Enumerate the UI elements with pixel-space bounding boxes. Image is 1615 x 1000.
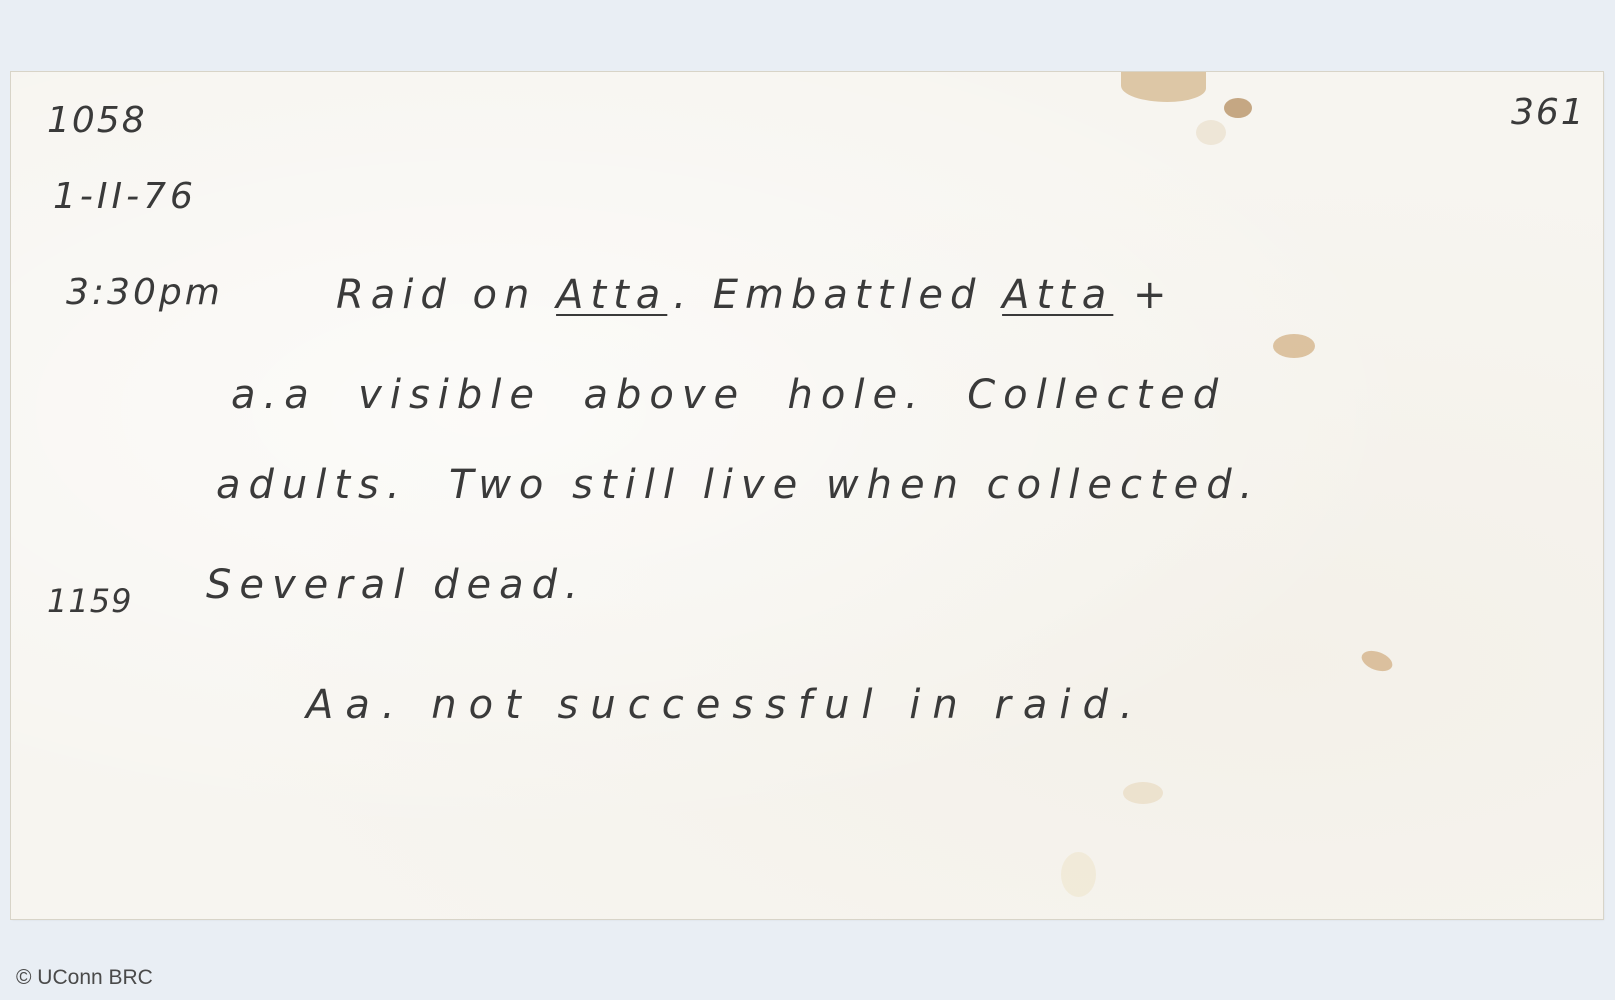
index-card: 1058 361 1-II-76 3:30pm Raid on Atta. Em… bbox=[11, 72, 1603, 919]
stain-top-dot bbox=[1224, 98, 1252, 118]
copyright-text: © UConn BRC bbox=[16, 966, 153, 990]
line-1-part-1: Raid on bbox=[336, 272, 556, 318]
date: 1-II-76 bbox=[53, 176, 197, 217]
stain-atta bbox=[1273, 334, 1315, 358]
line-4: Several dead. bbox=[206, 562, 586, 608]
catalog-number-bottom: 1159 bbox=[47, 582, 132, 620]
line-1: Raid on Atta. Embattled Atta + bbox=[336, 272, 1174, 318]
stain-top bbox=[1121, 72, 1206, 102]
line-2: a.a visible above hole. Collected bbox=[231, 372, 1226, 418]
stain-bottom bbox=[1123, 782, 1163, 804]
stain-faint-top bbox=[1196, 120, 1226, 145]
genus-atta-2: Atta bbox=[1002, 272, 1113, 318]
genus-atta-1: Atta bbox=[556, 272, 667, 318]
time: 3:30pm bbox=[66, 272, 223, 313]
stain-right bbox=[1359, 647, 1395, 675]
catalog-number-top: 1058 bbox=[47, 100, 147, 141]
line-5: Aa. not successful in raid. bbox=[306, 682, 1145, 728]
card-number: 361 bbox=[1511, 92, 1586, 133]
stain-bottom-faint bbox=[1061, 852, 1096, 897]
line-1-part-3: . Embattled bbox=[673, 272, 1002, 318]
line-1-part-5: + bbox=[1113, 272, 1173, 318]
line-3: adults. Two still live when collected. bbox=[216, 462, 1260, 508]
